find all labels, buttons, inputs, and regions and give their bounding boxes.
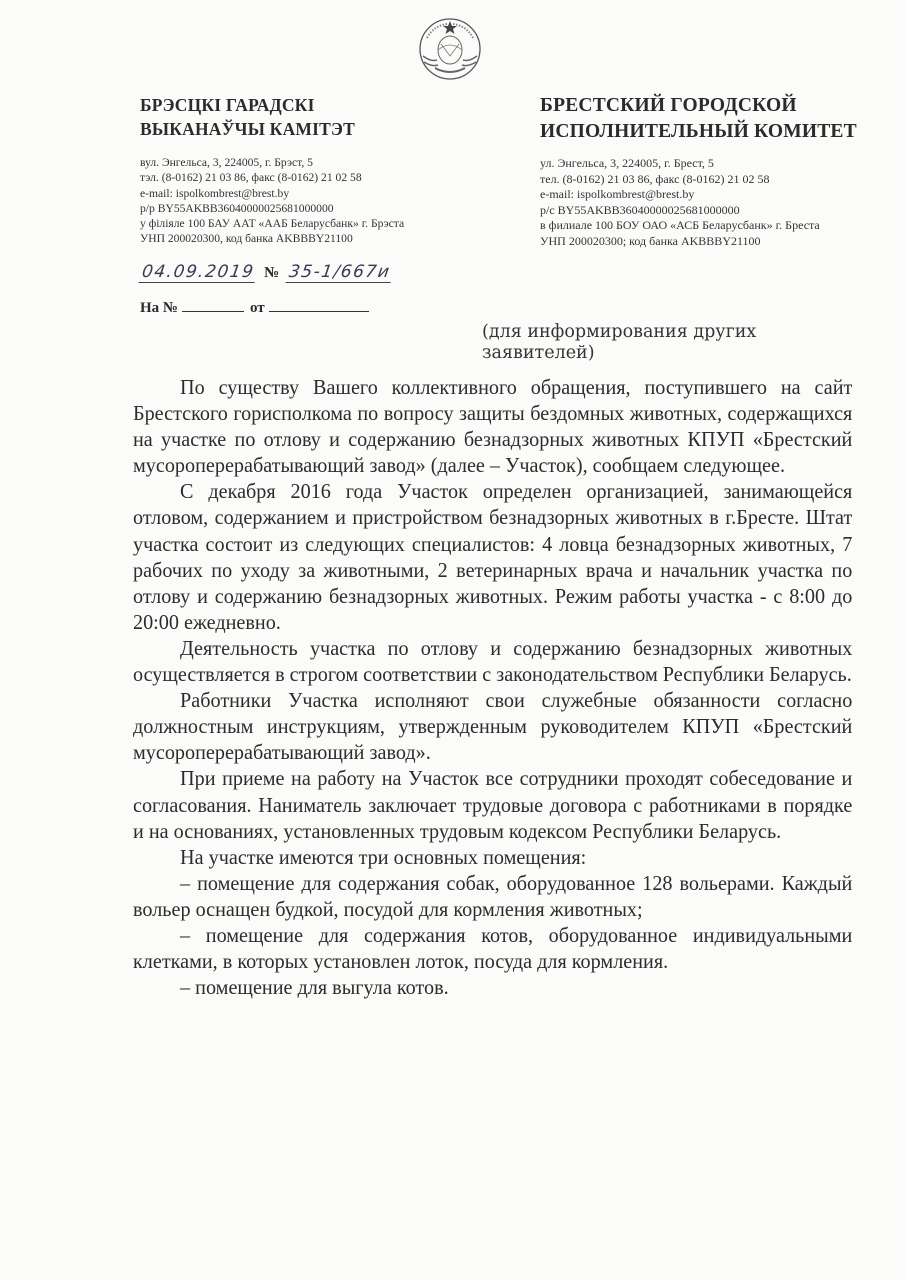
org-title-line2: ИСПОЛНИТЕЛЬНЫЙ КОМИТЕТ: [540, 119, 890, 145]
paragraph: По существу Вашего коллективного обращен…: [133, 375, 852, 479]
phone: тел. (8-0162) 21 03 86, факс (8-0162) 21…: [540, 172, 890, 188]
address: вул. Энгельса, 3, 224005, г. Брэст, 5: [140, 155, 480, 170]
unp: УНП 200020300; код банка AKBBBY21100: [540, 234, 890, 250]
addressee: (для информирования других заявителей): [482, 322, 812, 364]
org-title-line2: ВЫКАНАЎЧЫ КАМІТЭТ: [140, 117, 480, 141]
list-item: – помещение для выгула котов.: [133, 975, 852, 1001]
letterhead-belarusian: БРЭСЦКІ ГАРАДСКІ ВЫКАНАЎЧЫ КАМІТЭТ вул. …: [140, 93, 480, 247]
addressee-line1: (для информирования других: [482, 322, 812, 343]
list-item: – помещение для содержания собак, оборуд…: [133, 871, 852, 923]
address: ул. Энгельса, 3, 224005, г. Брест, 5: [540, 156, 890, 172]
paragraph: С декабря 2016 года Участок определен ор…: [133, 479, 852, 636]
contacts-belarusian: вул. Энгельса, 3, 224005, г. Брэст, 5 тэ…: [140, 155, 480, 247]
letterhead-russian: БРЕСТСКИЙ ГОРОДСКОЙ ИСПОЛНИТЕЛЬНЫЙ КОМИТ…: [540, 93, 890, 249]
paragraph: Деятельность участка по отлову и содержа…: [133, 636, 852, 688]
paragraph: Работники Участка исполняют свои служебн…: [133, 688, 852, 766]
reference-line: На №от: [140, 300, 375, 317]
number-sign: №: [264, 265, 279, 281]
from-label: от: [250, 300, 265, 316]
phone: тэл. (8-0162) 21 03 86, факс (8-0162) 21…: [140, 170, 480, 185]
addressee-line2: заявителей): [482, 343, 812, 364]
paragraph: При приеме на работу на Участок все сотр…: [133, 766, 852, 844]
document-date: 04.09.2019: [139, 262, 258, 283]
state-emblem-icon: [417, 16, 483, 82]
list-item: – помещение для содержания котов, оборуд…: [133, 923, 852, 975]
unp: УНП 200020300, код банка AKBBBY21100: [140, 231, 480, 246]
email: e-mail: ispolkombrest@brest.by: [140, 186, 480, 201]
registration-line: 04.09.2019 № 35-1/667и: [140, 262, 392, 283]
bank-account: р/р BY55AKBB36040000025681000000: [140, 201, 480, 216]
document-number: 35-1/667и: [285, 262, 393, 283]
reply-label: На №: [140, 300, 178, 316]
email: e-mail: ispolkombrest@brest.by: [540, 187, 890, 203]
contacts-russian: ул. Энгельса, 3, 224005, г. Брест, 5 тел…: [540, 156, 890, 249]
bank-account: р/с BY55AKBB36040000025681000000: [540, 203, 890, 219]
org-title-line1: БРЕСТСКИЙ ГОРОДСКОЙ: [540, 93, 890, 119]
bank-branch: в филиале 100 БОУ ОАО «АСБ Беларусбанк» …: [540, 218, 890, 234]
reply-date-blank: [269, 310, 369, 312]
org-title-line1: БРЭСЦКІ ГАРАДСКІ: [140, 93, 480, 117]
paragraph: На участке имеются три основных помещени…: [133, 845, 852, 871]
letter-body: По существу Вашего коллективного обращен…: [133, 375, 852, 1001]
reply-number-blank: [182, 310, 244, 312]
bank-branch: у філіяле 100 БАУ ААТ «ААБ Беларусбанк» …: [140, 216, 480, 231]
